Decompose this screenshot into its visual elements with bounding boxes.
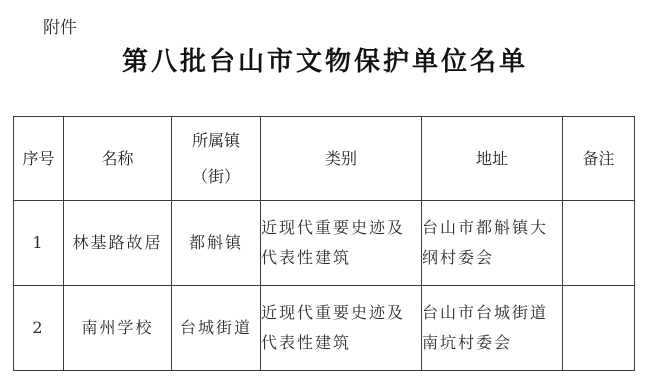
header-category: 类别 [261,117,422,201]
header-town-line1: 所属镇 [172,123,260,159]
header-town: 所属镇 （街） [172,117,261,201]
table-row: 1 林基路故居 都斛镇 近现代重要史迹及 代表性建筑 台山市都斛镇大 纲村委会 [14,201,635,286]
header-address: 地址 [422,117,563,201]
cell-seq: 2 [14,286,64,371]
cell-note [563,201,635,286]
cell-seq: 1 [14,201,64,286]
cell-category-line2: 代表性建筑 [261,243,421,273]
cell-address: 台山市都斛镇大 纲村委会 [422,201,563,286]
attachment-label: 附件 [43,17,77,39]
header-town-line2: （街） [172,159,260,195]
cell-category-line1: 近现代重要史迹及 [261,298,421,328]
cell-address-line2: 纲村委会 [422,243,562,273]
header-name: 名称 [64,117,172,201]
cell-name: 林基路故居 [64,201,172,286]
document-title: 第八批台山市文物保护单位名单 [0,46,650,78]
header-note: 备注 [563,117,635,201]
cell-town: 台城街道 [172,286,261,371]
cell-address-line1: 台山市都斛镇大 [422,213,562,243]
cell-town: 都斛镇 [172,201,261,286]
cell-address-line2: 南坑村委会 [422,328,562,358]
cell-address-line1: 台山市台城街道 [422,298,562,328]
cell-category-line1: 近现代重要史迹及 [261,213,421,243]
table-header-row: 序号 名称 所属镇 （街） 类别 地址 备注 [14,117,635,201]
table-row: 2 南州学校 台城街道 近现代重要史迹及 代表性建筑 台山市台城街道 南坑村委会 [14,286,635,371]
header-seq: 序号 [14,117,64,201]
cell-category-line2: 代表性建筑 [261,328,421,358]
cell-name: 南州学校 [64,286,172,371]
cell-category: 近现代重要史迹及 代表性建筑 [261,201,422,286]
cell-address: 台山市台城街道 南坑村委会 [422,286,563,371]
heritage-sites-table: 序号 名称 所属镇 （街） 类别 地址 备注 1 林基路故居 都斛镇 近现代重要… [13,116,635,371]
cell-note [563,286,635,371]
cell-category: 近现代重要史迹及 代表性建筑 [261,286,422,371]
